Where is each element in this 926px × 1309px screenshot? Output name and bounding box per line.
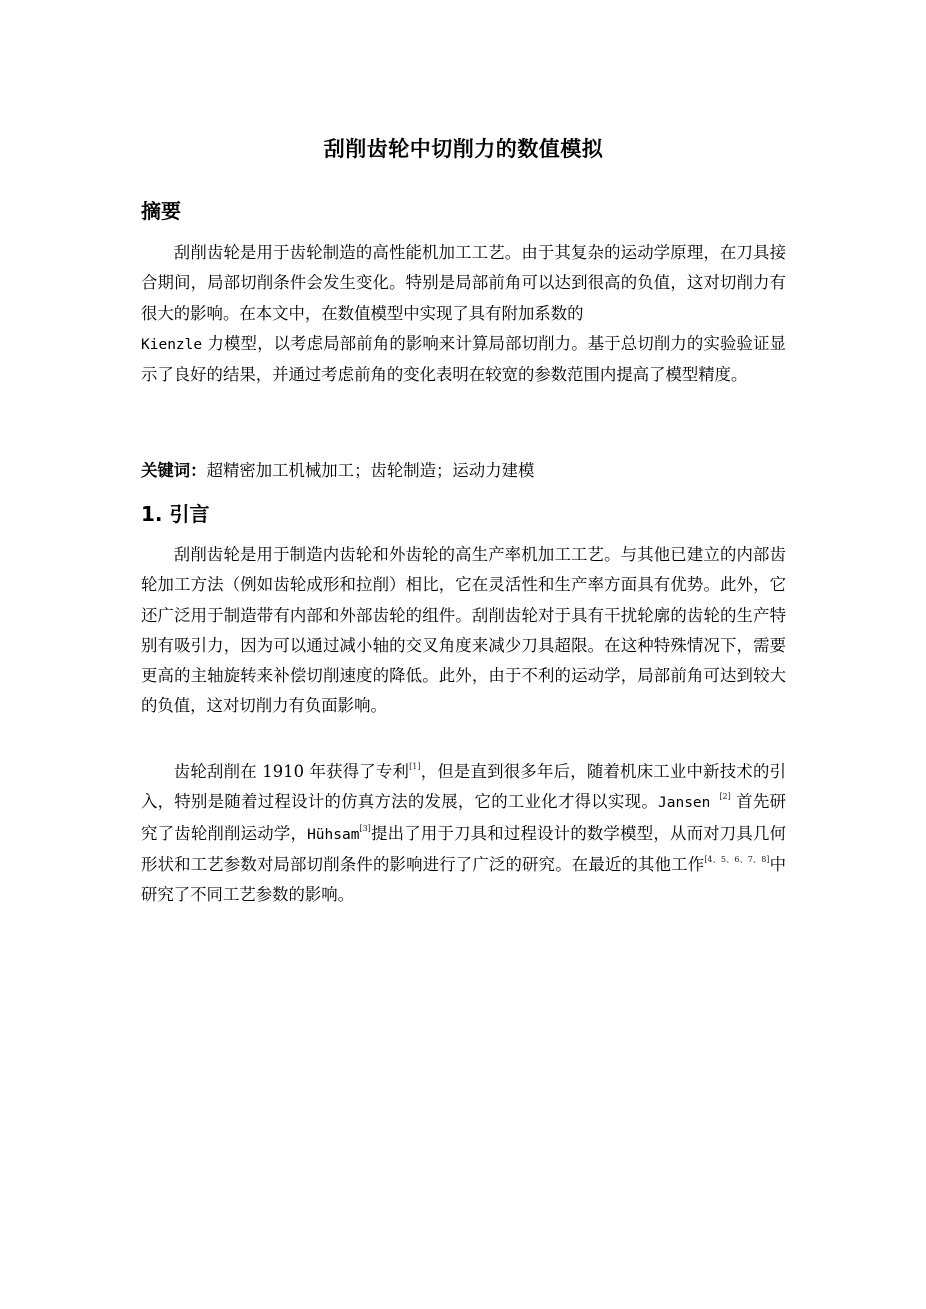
citation-4-8: [4、5、6、7、8] — [704, 855, 769, 864]
paper-title: 刮削齿轮中切削力的数值模拟 — [141, 134, 786, 164]
introduction-paragraph-1: 刮削齿轮是用于制造内齿轮和外齿轮的高生产率机加工工艺。与其他已建立的内部齿轮加工… — [141, 540, 786, 722]
author-jansen: Jansen — [658, 795, 719, 811]
keywords-label: 关键词： — [141, 461, 207, 480]
introduction-paragraph-2: 齿轮刮削在 1910 年获得了专利[1]，但是直到很多年后，随着机床工业中新技术… — [141, 757, 786, 910]
abstract-heading: 摘要 — [141, 197, 181, 225]
citation-3: [3] — [359, 824, 370, 833]
author-huehsam: Hühsam — [307, 827, 359, 843]
kienzle-term: Kienzle — [141, 337, 202, 353]
abstract-text-cont: 力模型，以考虑局部前角的影响来计算局部切削力。基于总切削力的实验验证显示了良好的… — [141, 334, 786, 384]
abstract-text: 刮削齿轮是用于齿轮制造的高性能机加工工艺。由于其复杂的运动学原理，在刀具接合期间… — [141, 243, 786, 323]
intro-p2-seg1: 齿轮刮削在 1910 年获得了专利 — [174, 762, 409, 781]
citation-1: [1] — [409, 762, 420, 771]
keywords-line: 关键词：超精密加工机械加工；齿轮制造；运动力建模 — [141, 457, 786, 485]
keywords-value: 超精密加工机械加工；齿轮制造；运动力建模 — [207, 461, 535, 480]
abstract-paragraph: 刮削齿轮是用于齿轮制造的高性能机加工工艺。由于其复杂的运动学原理，在刀具接合期间… — [141, 238, 786, 390]
citation-2: [2] — [719, 792, 730, 801]
introduction-heading: 1. 引言 — [141, 499, 209, 529]
